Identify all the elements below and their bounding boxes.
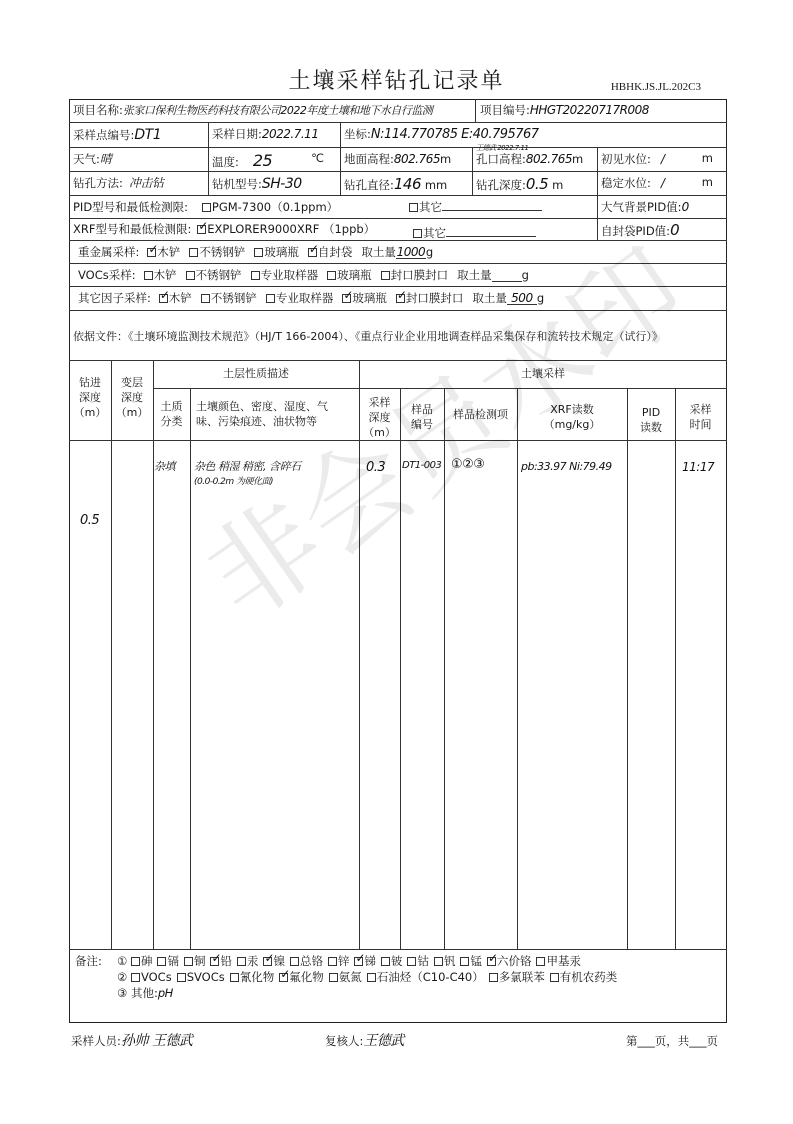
diameter-label: 钻孔直径: (344, 178, 394, 192)
checkbox-checked[interactable] (147, 248, 156, 257)
option-label: 铜 (194, 954, 206, 968)
project-no-label: 项目编号: (480, 103, 530, 117)
diameter-unit: mm (425, 178, 447, 192)
checkbox-checked[interactable] (308, 248, 317, 257)
checkbox-checked[interactable] (354, 957, 363, 966)
amount-value[interactable]: 1000 (396, 246, 426, 259)
option-label: 锰 (470, 954, 482, 968)
reviewer-field: 复核人:王德武 (325, 1034, 404, 1048)
option-label: 不锈钢铲 (196, 268, 242, 282)
first-water-field: 初见水位:/m (601, 153, 723, 166)
cell-sample-time[interactable]: 11:17 (682, 461, 714, 473)
option-label: 铍 (391, 954, 403, 968)
checkbox[interactable] (409, 203, 418, 212)
option-label: 锑 (364, 954, 376, 968)
project-name-field: 项目名称:张家口保利生物医药科技有限公司2022年度土壤和地下水自行监测 (73, 104, 432, 117)
hole-elev-label: 孔口高程: (476, 152, 526, 166)
stable-water-unit: m (702, 177, 713, 189)
remark-option-6[interactable]: 多氯联苯 (489, 970, 545, 984)
checkbox[interactable] (131, 973, 140, 982)
checkbox[interactable] (251, 271, 260, 280)
amount-value[interactable]: 500 (507, 292, 537, 305)
weather-value[interactable]: 晴 (100, 152, 112, 166)
option-label: 不锈钢铲 (199, 245, 245, 259)
remark-option-7[interactable]: 锌 (328, 954, 350, 968)
weather-label: 天气: (73, 152, 100, 166)
remarks-group3: ③ 其他:pH (117, 988, 173, 1000)
other-option-1[interactable]: 不锈钢铲 (201, 291, 257, 305)
remark-option-8[interactable]: 锑 (354, 954, 376, 968)
coord-value[interactable]: N:114.770785 E:40.795767 (371, 127, 539, 142)
pid-option-other[interactable]: 其它 (409, 201, 542, 214)
metal-option-3[interactable]: 自封袋 (308, 245, 353, 259)
remarks-group2: ② VOCsSVOCs氰化物氟化物氨氮石油烃（C10-C40）多氯联苯有机农药类 (117, 972, 622, 984)
other-option-3[interactable]: 玻璃瓶 (342, 291, 387, 305)
header-soil-desc: 土壤颜色、密度、湿度、气味、污染痕迹、油状物等 (196, 400, 354, 430)
cell-xrf[interactable]: pb:33.97 Ni:79.49 (521, 461, 612, 472)
remark-option-2[interactable]: 铜 (184, 954, 206, 968)
checkbox[interactable] (550, 973, 559, 982)
checkbox[interactable] (157, 957, 166, 966)
header-drill-depth: 钻进深度（m） (69, 376, 111, 421)
option-label: 砷 (141, 954, 153, 968)
option-label: 镉 (167, 954, 179, 968)
bag-pid-label: 自封袋PID值: (601, 224, 670, 238)
option-label: 玻璃瓶 (337, 268, 372, 282)
method-value[interactable]: 冲击钻 (129, 176, 164, 190)
group-marker: ① (117, 954, 131, 968)
remark-option-14[interactable]: 甲基汞 (536, 954, 581, 968)
vocs-option-1[interactable]: 不锈钢铲 (186, 268, 242, 282)
metal-sampling-label: 重金属采样: (78, 245, 139, 259)
option-label: 封口膜封口 (406, 291, 464, 305)
remark-option-6[interactable]: 总铬 (290, 954, 323, 968)
header-sample-depth: 采样深度（m） (359, 396, 400, 441)
method-label: 钻孔方法: (73, 176, 123, 190)
ground-elev-field: 地面高程:802.765m (344, 153, 451, 166)
remark-option-12[interactable]: 锰 (460, 954, 482, 968)
pid-model-label: PID型号和最低检测限: (73, 200, 188, 214)
cell-sample-no[interactable]: DT1-003 (402, 461, 441, 471)
remark-option-0[interactable]: VOCs (131, 970, 172, 984)
diameter-value[interactable]: 146 (394, 175, 421, 193)
amount-value[interactable] (492, 269, 522, 282)
page-indicator: 第___页，共___页 (626, 1036, 718, 1048)
vocs-option-3[interactable]: 玻璃瓶 (327, 268, 372, 282)
remark-option-11[interactable]: 钒 (434, 954, 456, 968)
checkbox-checked[interactable] (197, 225, 206, 234)
amount-label: 取土量 (472, 291, 507, 305)
checkbox[interactable] (329, 973, 338, 982)
checkbox[interactable] (381, 271, 390, 280)
air-pid-value[interactable]: 0 (682, 200, 689, 214)
option-label: VOCs (141, 970, 172, 984)
depth-label: 钻孔深度: (476, 178, 526, 192)
temp-field: 温度:25℃ (212, 153, 338, 169)
metal-option-0[interactable]: 木铲 (147, 245, 180, 259)
option-label: 氨氮 (339, 970, 362, 984)
checkbox-checked[interactable] (263, 957, 272, 966)
group-marker: ② (117, 970, 131, 984)
cell-soil-desc-line1[interactable]: 杂色 稍湿 稍密, 含碎石 (194, 461, 301, 472)
coord-correction-note: 王德武 2022.7.11 (476, 145, 528, 152)
temp-unit: ℃ (311, 153, 324, 165)
other-option-0[interactable]: 木铲 (159, 291, 192, 305)
option-label: 专业取样器 (261, 268, 319, 282)
option-label: 锌 (338, 954, 350, 968)
header-layer-depth: 变层深度（m） (111, 376, 153, 421)
project-name-value[interactable]: 张家口保利生物医药科技有限公司2022年度土壤和地下水自行监测 (123, 104, 433, 117)
header-pid: PID读数 (627, 406, 675, 436)
other-option-2[interactable]: 专业取样器 (266, 291, 334, 305)
checkbox[interactable] (144, 271, 153, 280)
option-label: 钴 (417, 954, 429, 968)
header-sampling-group: 土壤采样 (359, 367, 727, 382)
form-code: HBHK.JS.JL.202C3 (611, 81, 701, 93)
diameter-field: 钻孔直径:146 mm (344, 177, 447, 192)
point-no-label: 采样点编号: (73, 128, 134, 142)
vocs-option-2[interactable]: 专业取样器 (251, 268, 319, 282)
metal-sampling-row: 重金属采样:木铲不锈钢铲玻璃瓶自封袋取土量1000g (78, 246, 433, 259)
checkbox[interactable] (381, 957, 390, 966)
point-no-field: 采样点编号:DT1 (73, 128, 161, 142)
checkbox[interactable] (254, 248, 263, 257)
option-label: 汞 (247, 954, 259, 968)
bag-pid-value[interactable]: 0 (670, 221, 679, 239)
xrf-model-field: XRF型号和最低检测限: EXPLORER9000XRF （1ppb） 其它 (73, 223, 375, 236)
first-water-value[interactable]: / (661, 152, 665, 166)
checkbox-checked[interactable] (396, 294, 405, 303)
stable-water-field: 稳定水位:/m (601, 177, 723, 190)
xrf-model-label: XRF型号和最低检测限: (73, 222, 191, 236)
remark-option-10[interactable]: 钴 (407, 954, 429, 968)
amount-label: 取土量 (457, 268, 492, 282)
checkbox[interactable] (189, 248, 198, 257)
sampler-signature[interactable]: 孙帅 王德武 (121, 1033, 192, 1049)
header-xrf: XRF读数（mg/kg） (517, 403, 627, 433)
sampler-label: 采样人员: (71, 1034, 121, 1048)
project-no-field: 项目编号:HHGT20220717R008 (480, 104, 649, 117)
xrf-option-other[interactable]: 其它 (413, 227, 536, 240)
metal-option-2[interactable]: 玻璃瓶 (254, 245, 299, 259)
amount-unit: g (426, 245, 433, 259)
pid-option-pgm7300[interactable]: PGM-7300（0.1ppm） (202, 200, 338, 214)
option-label: 氟化物 (289, 970, 324, 984)
coord-label: 坐标: (344, 127, 371, 141)
first-water-label: 初见水位: (601, 152, 651, 166)
group3-marker: ③ (117, 986, 127, 1000)
amount-unit: g (522, 268, 529, 282)
remark-option-5[interactable]: 镍 (263, 954, 285, 968)
ground-elev-unit: m (440, 152, 451, 166)
rig-field: 钻机型号:SH-30 (212, 177, 302, 191)
pid-model-field: PID型号和最低检测限: PGM-7300（0.1ppm） 其它 (73, 201, 338, 214)
vocs-sampling-label: VOCs采样: (78, 268, 136, 282)
option-label: 镍 (273, 954, 285, 968)
stable-water-value[interactable]: / (661, 176, 665, 190)
project-name-label: 项目名称: (73, 103, 123, 117)
option-label: SVOCs (187, 970, 225, 984)
point-no-value[interactable]: DT1 (134, 127, 161, 143)
cell-soil-type[interactable]: 杂填 (154, 461, 175, 472)
header-sample-no: 样品编号 (400, 403, 444, 433)
option-label: 封口膜封口 (391, 268, 449, 282)
depth-value[interactable]: 0.5 (526, 175, 548, 193)
vocs-sampling-row: VOCs采样:木铲不锈钢铲专业取样器玻璃瓶封口膜封口取土量 g (78, 269, 529, 282)
remark-option-1[interactable]: SVOCs (177, 970, 225, 984)
hole-elev-unit: m (572, 152, 583, 166)
option-label: 专业取样器 (276, 291, 334, 305)
checkbox[interactable] (202, 203, 211, 212)
cell-soil-desc-line2[interactable]: (0.0-0.2m 为硬化面) (194, 478, 273, 487)
checkbox-checked[interactable] (487, 957, 496, 966)
option-label: 自封袋 (318, 245, 353, 259)
checkbox[interactable] (237, 957, 246, 966)
remarks-label: 备注: (75, 956, 102, 968)
remark-option-4[interactable]: 氨氮 (329, 970, 362, 984)
checkbox-checked[interactable] (210, 957, 219, 966)
option-label: 石油烃（C10-C40） (377, 970, 484, 984)
rig-label: 钻机型号: (212, 177, 262, 191)
checkbox-checked[interactable] (279, 973, 288, 982)
checkbox[interactable] (230, 973, 239, 982)
weather-field: 天气:晴 (73, 153, 111, 166)
checkbox[interactable] (290, 957, 299, 966)
method-field: 钻孔方法:冲击钻 (73, 177, 163, 190)
remark-option-3[interactable]: 氟化物 (279, 970, 324, 984)
remark-option-0[interactable]: 砷 (131, 954, 153, 968)
air-pid-label: 大气背景PID值: (601, 200, 682, 214)
sampler-field: 采样人员:孙帅 王德武 (71, 1034, 192, 1048)
checkbox-checked[interactable] (159, 294, 168, 303)
remark-option-1[interactable]: 镉 (157, 954, 179, 968)
checkbox[interactable] (489, 973, 498, 982)
checkbox[interactable] (328, 957, 337, 966)
remark-option-13[interactable]: 六价铬 (487, 954, 532, 968)
option-label: 多氯联苯 (499, 970, 545, 984)
hole-elev-field: 孔口高程:802.765m (476, 153, 583, 166)
sample-date-field: 采样日期:2022.7.11 (212, 128, 318, 141)
temp-label: 温度: (212, 155, 239, 169)
amount-unit: g (537, 291, 544, 305)
option-label: 氰化物 (240, 970, 275, 984)
checkbox[interactable] (327, 271, 336, 280)
reviewer-signature[interactable]: 王德武 (363, 1033, 404, 1049)
remark-option-3[interactable]: 铅 (210, 954, 232, 968)
checkbox[interactable] (131, 957, 140, 966)
checkbox[interactable] (536, 957, 545, 966)
header-test-items: 样品检测项 (444, 408, 517, 423)
remarks-group1: ① 砷镉铜铅汞镍总铬锌锑铍钴钒锰六价铬甲基汞 (117, 956, 586, 968)
checkbox[interactable] (186, 271, 195, 280)
sample-date-value[interactable]: 2022.7.11 (262, 127, 319, 141)
sample-date-label: 采样日期: (212, 127, 262, 141)
bag-pid-field: 自封袋PID值:0 (601, 223, 679, 238)
hole-elev-value[interactable]: 802.765 (526, 152, 572, 166)
depth-unit: m (552, 178, 563, 192)
air-pid-field: 大气背景PID值:0 (601, 201, 689, 214)
reviewer-label: 复核人: (325, 1034, 363, 1048)
ground-elev-value[interactable]: 802.765 (394, 152, 440, 166)
other-sampling-label: 其它因子采样: (78, 291, 151, 305)
option-label: 六价铬 (497, 954, 532, 968)
vocs-option-0[interactable]: 木铲 (144, 268, 177, 282)
option-label: 木铲 (154, 268, 177, 282)
first-water-unit: m (702, 153, 713, 165)
xrf-option-explorer9000[interactable]: EXPLORER9000XRF （1ppb） (197, 222, 375, 236)
option-label: 不锈钢铲 (211, 291, 257, 305)
cell-drill-depth[interactable]: 0.5 (80, 514, 99, 527)
metal-option-1[interactable]: 不锈钢铲 (189, 245, 245, 259)
option-label: 有机农药类 (560, 970, 618, 984)
temp-value[interactable]: 25 (253, 151, 272, 170)
remark-option-9[interactable]: 铍 (381, 954, 403, 968)
cell-test-items[interactable]: ①②③ (451, 458, 484, 471)
vocs-option-4[interactable]: 封口膜封口 (381, 268, 449, 282)
checkbox-checked[interactable] (342, 294, 351, 303)
other-option-4[interactable]: 封口膜封口 (396, 291, 464, 305)
option-label: 玻璃瓶 (264, 245, 299, 259)
option-label: 木铲 (169, 291, 192, 305)
project-no-value[interactable]: HHGT20220717R008 (530, 103, 649, 117)
depth-field: 钻孔深度:0.5 m (476, 177, 563, 192)
option-label: 铅 (220, 954, 232, 968)
checkbox[interactable] (184, 957, 193, 966)
remark-option-2[interactable]: 氰化物 (230, 970, 275, 984)
other-sampling-row: 其它因子采样:木铲不锈钢铲专业取样器玻璃瓶封口膜封口取土量500g (78, 292, 544, 305)
stable-water-label: 稳定水位: (601, 176, 651, 190)
checkbox[interactable] (407, 957, 416, 966)
option-label: 甲基汞 (546, 954, 581, 968)
checkbox[interactable] (177, 973, 186, 982)
checkbox[interactable] (367, 973, 376, 982)
checkbox[interactable] (201, 294, 210, 303)
checkbox[interactable] (460, 957, 469, 966)
header-sample-time: 采样时间 (675, 403, 726, 433)
coord-field: 坐标:N:114.770785 E:40.795767 (344, 128, 539, 141)
option-label: 木铲 (157, 245, 180, 259)
checkbox[interactable] (434, 957, 443, 966)
amount-label: 取土量 (361, 245, 396, 259)
checkbox[interactable] (413, 229, 422, 238)
group3-label: 其他: (131, 986, 158, 1000)
remark-option-5[interactable]: 石油烃（C10-C40） (367, 970, 484, 984)
option-label: 钒 (444, 954, 456, 968)
basis-documents: 依据文件：《土壤环境监测技术规范》（HJ/T 166-2004）、《重点行业企业… (73, 331, 663, 342)
remark-option-4[interactable]: 汞 (237, 954, 259, 968)
group3-value[interactable]: pH (158, 986, 173, 1000)
remark-option-7[interactable]: 有机农药类 (550, 970, 618, 984)
header-soil-type: 土质分类 (153, 400, 190, 430)
cell-sample-depth[interactable]: 0.3 (366, 461, 385, 474)
rig-value[interactable]: SH-30 (262, 176, 302, 192)
header-soil-desc-group: 土层性质描述 (153, 367, 359, 382)
ground-elev-label: 地面高程: (344, 152, 394, 166)
option-label: 玻璃瓶 (352, 291, 387, 305)
option-label: 总铬 (300, 954, 323, 968)
checkbox[interactable] (266, 294, 275, 303)
